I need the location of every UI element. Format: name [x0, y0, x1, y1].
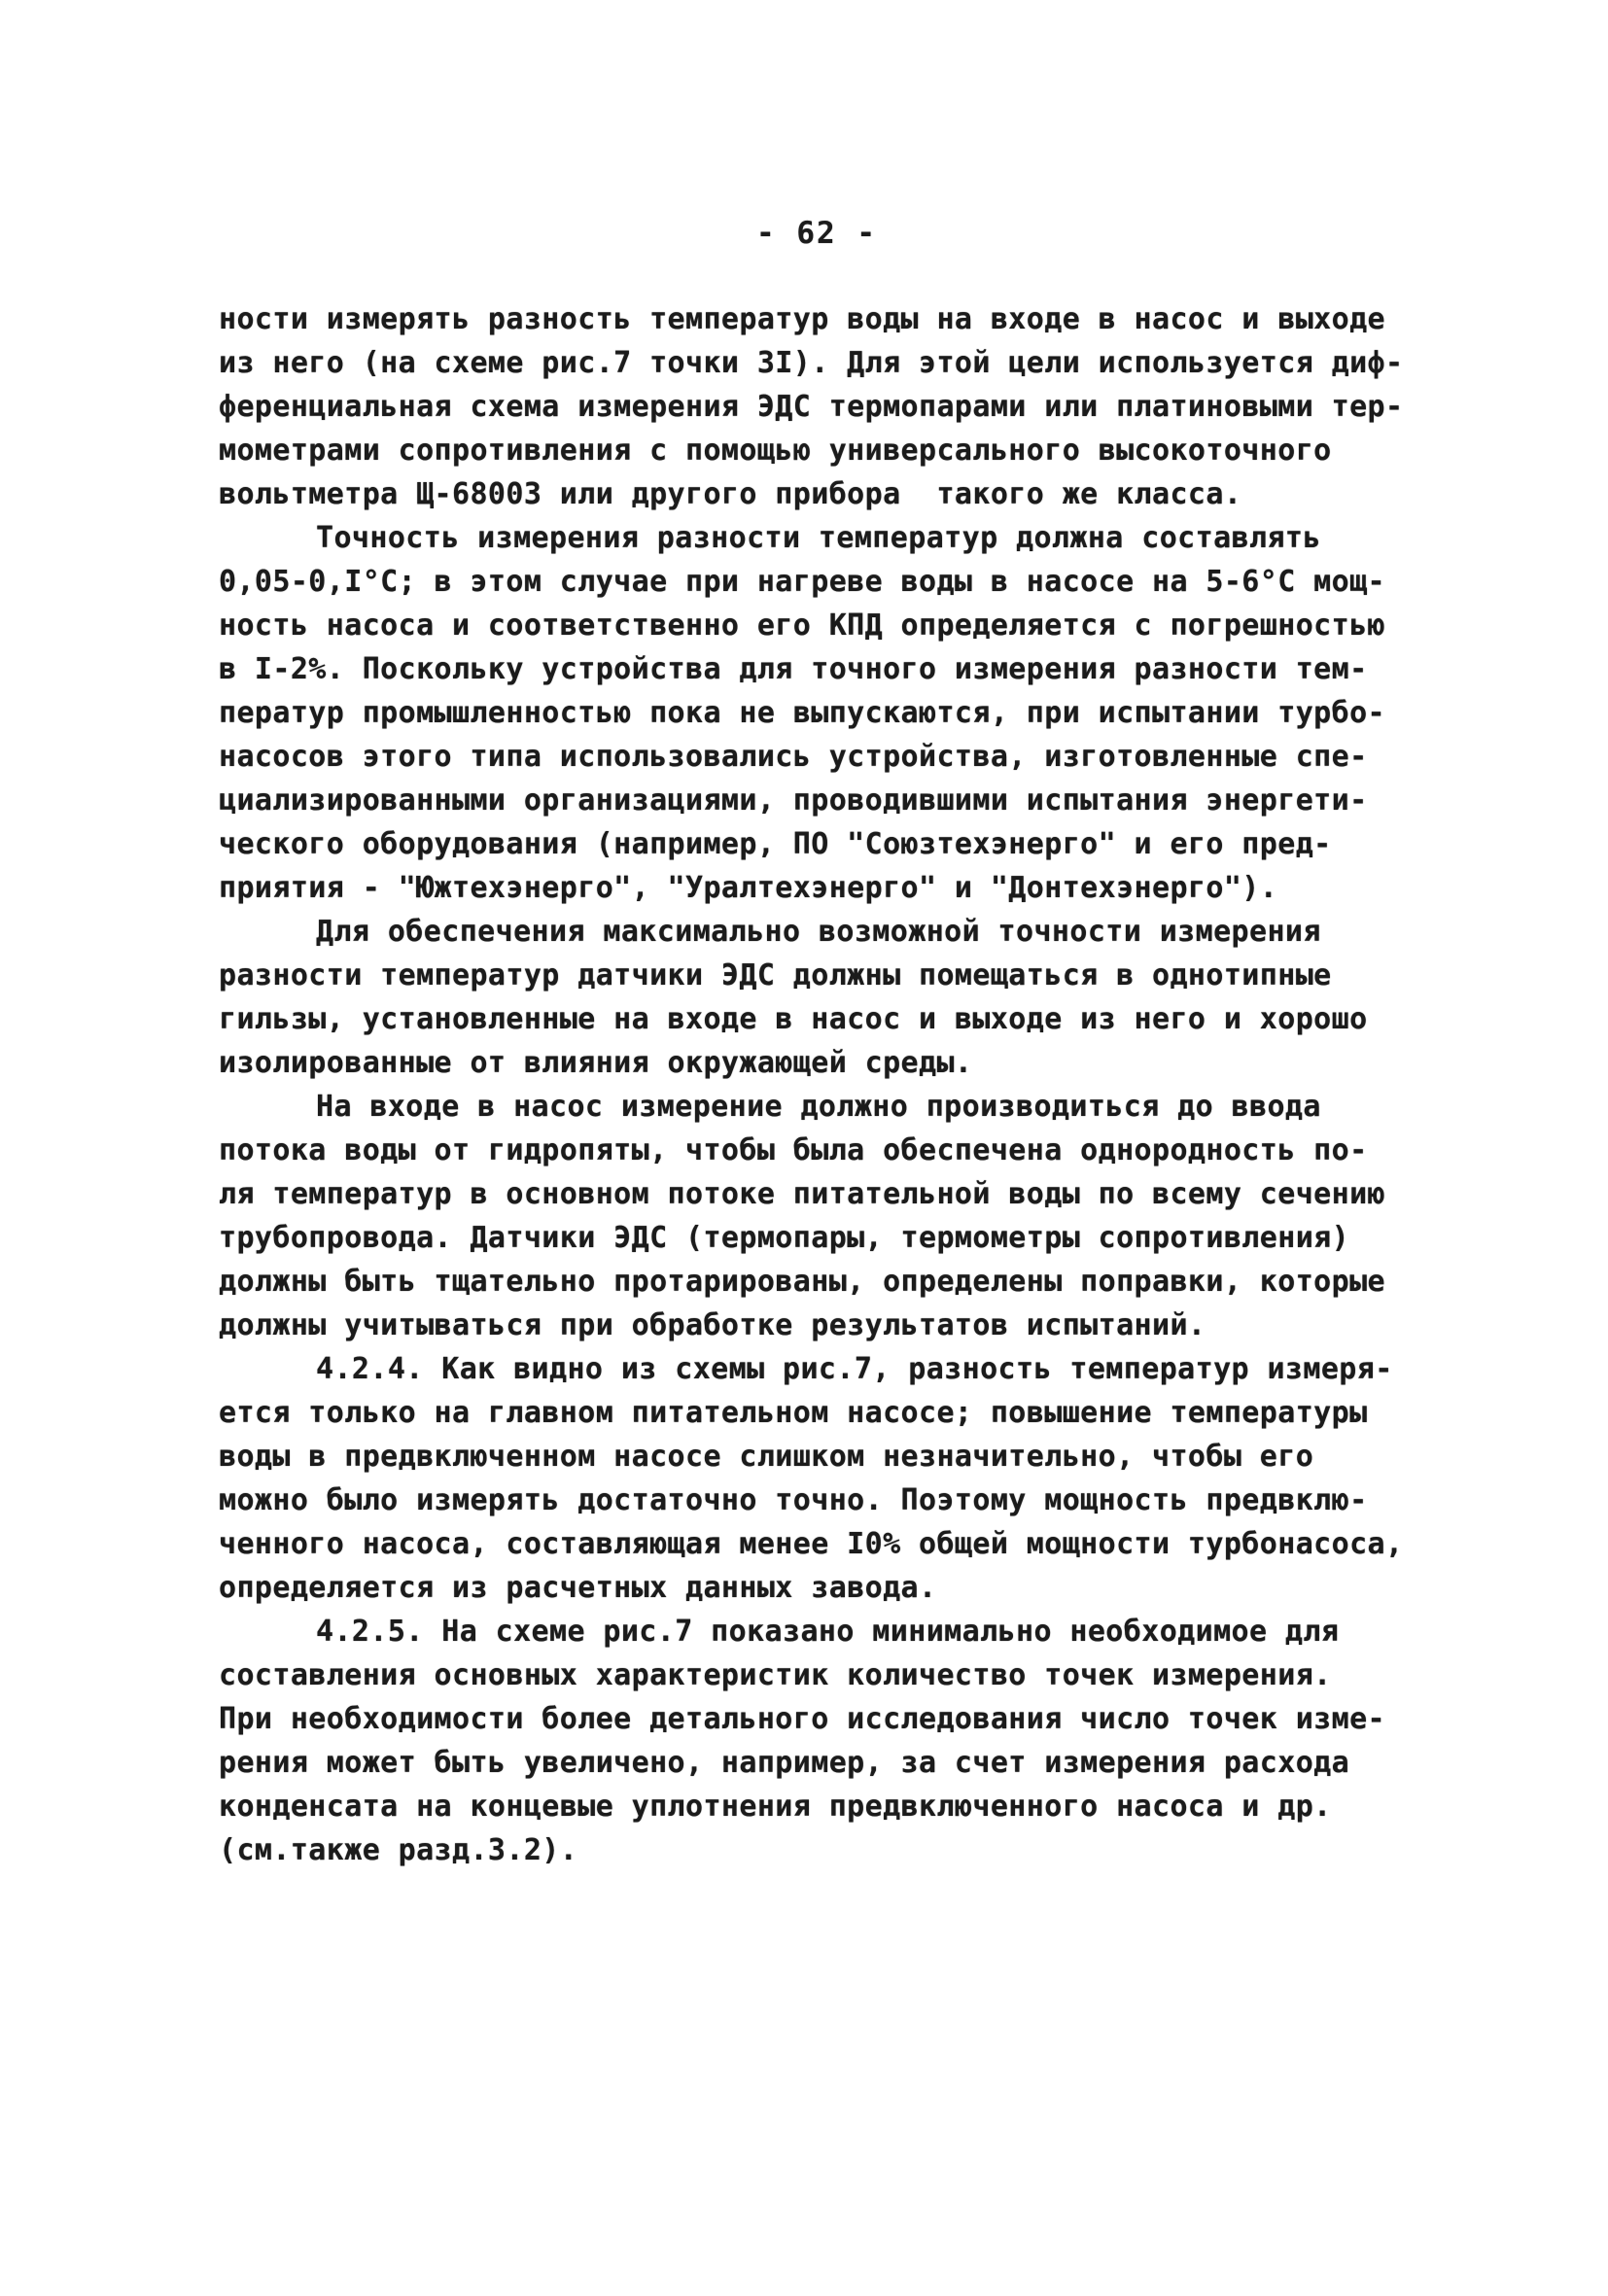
text-line: в I-2%. Поскольку устройства для точного… — [219, 647, 1424, 691]
text-line: составления основных характеристик колич… — [219, 1653, 1424, 1697]
text-line: гильзы, установленные на входе в насос и… — [219, 997, 1424, 1041]
text-line: циализированными организациями, проводив… — [219, 779, 1424, 822]
text-line: изолированные от влияния окружающей сред… — [219, 1041, 1424, 1085]
text-line: ля температур в основном потоке питатель… — [219, 1172, 1424, 1216]
text-line: вольтметра Щ-68003 или другого прибора т… — [219, 472, 1424, 516]
text-line: потока воды от гидропяты, чтобы была обе… — [219, 1129, 1424, 1172]
text-line: можно было измерять достаточно точно. По… — [219, 1478, 1424, 1522]
page-text: ности измерять разность температур воды … — [219, 297, 1424, 1872]
text-line: 4.2.4. Как видно из схемы рис.7, разност… — [219, 1347, 1424, 1391]
text-line: При необходимости более детального иссле… — [219, 1697, 1424, 1741]
text-line: Для обеспечения максимально возможной то… — [219, 910, 1424, 954]
text-line: трубопровода. Датчики ЭДС (термопары, те… — [219, 1216, 1424, 1260]
text-line: ператур промышленностью пока не выпускаю… — [219, 691, 1424, 735]
text-line: приятия - "Южтехэнерго", "Уралтехэнерго"… — [219, 866, 1424, 910]
text-line: ность насоса и соответственно его КПД оп… — [219, 604, 1424, 647]
page-number: - 62 - — [219, 216, 1415, 251]
scanned-document-page: - 62 - ности измерять разность температу… — [0, 0, 1608, 2296]
text-line: 0,05-0,I°С; в этом случае при нагреве во… — [219, 560, 1424, 604]
text-line: должны быть тщательно протарированы, опр… — [219, 1260, 1424, 1304]
text-line: ченного насоса, составляющая менее I0% о… — [219, 1522, 1424, 1566]
text-line: мометрами сопротивления с помощью универ… — [219, 429, 1424, 472]
text-line: На входе в насос измерение должно произв… — [219, 1085, 1424, 1129]
text-line: из него (на схеме рис.7 точки 3I). Для э… — [219, 341, 1424, 385]
text-line: определяется из расчетных данных завода. — [219, 1566, 1424, 1610]
text-line: должны учитываться при обработке результ… — [219, 1304, 1424, 1347]
text-line: воды в предвключенном насосе слишком нез… — [219, 1435, 1424, 1478]
text-line: (см.также разд.3.2). — [219, 1828, 1424, 1872]
text-line: ется только на главном питательном насос… — [219, 1391, 1424, 1435]
text-line: рения может быть увеличено, например, за… — [219, 1741, 1424, 1785]
text-line: ности измерять разность температур воды … — [219, 297, 1424, 341]
text-line: насосов этого типа использовались устрой… — [219, 735, 1424, 779]
text-line: конденсата на концевые уплотнения предвк… — [219, 1785, 1424, 1828]
text-line: ференциальная схема измерения ЭДС термоп… — [219, 385, 1424, 429]
text-line: разности температур датчики ЭДС должны п… — [219, 954, 1424, 997]
text-line: Точность измерения разности температур д… — [219, 516, 1424, 560]
text-line: ческого оборудования (например, ПО "Союз… — [219, 822, 1424, 866]
text-line: 4.2.5. На схеме рис.7 показано минимальн… — [219, 1610, 1424, 1653]
